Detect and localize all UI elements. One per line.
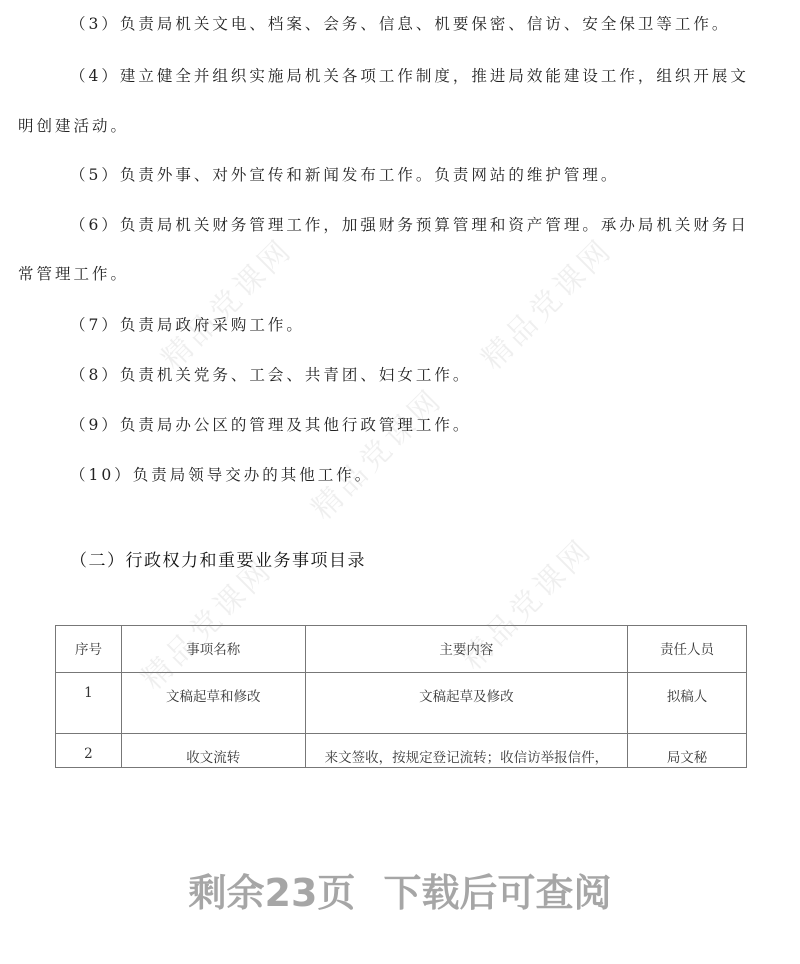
paragraph-7: （7）负责局政府采购工作。 — [70, 315, 305, 335]
paragraph-8: （8）负责机关党务、工会、共青团、妇女工作。 — [70, 365, 471, 385]
table-header-row: 序号 事项名称 主要内容 责任人员 — [56, 626, 747, 673]
table-cell: 拟稿人 — [628, 673, 747, 734]
table-row: 1 文稿起草和修改 文稿起草及修改 拟稿人 — [56, 673, 747, 734]
paragraph-6-line1: （6）负责局机关财务管理工作，加强财务预算管理和资产管理。承办局机关财务日 — [70, 215, 749, 235]
table-cell: 文稿起草及修改 — [305, 673, 628, 734]
watermark: 精品党课网 — [469, 226, 620, 377]
table-cell: 来文签收，按规定登记流转；收信访举报信件， — [305, 734, 628, 768]
watermark: 精品党课网 — [149, 226, 300, 377]
section-title: （二）行政权力和重要业务事项目录 — [70, 546, 366, 571]
matters-table: 序号 事项名称 主要内容 责任人员 1 文稿起草和修改 文稿起草及修改 拟稿人 … — [55, 625, 747, 768]
table-cell: 2 — [56, 734, 122, 768]
paragraph-4-line2: 明创建活动。 — [18, 116, 129, 136]
watermark: 精品党课网 — [299, 376, 450, 527]
paragraph-5: （5）负责外事、对外宣传和新闻发布工作。负责网站的维护管理。 — [70, 165, 619, 185]
download-prompt[interactable]: 剩余23页下载后可查阅 — [0, 862, 800, 917]
header-cell: 责任人员 — [628, 626, 747, 673]
table-cell: 收文流转 — [121, 734, 305, 768]
header-cell: 事项名称 — [121, 626, 305, 673]
paragraph-4-line1: （4）建立健全并组织实施局机关各项工作制度，推进局效能建设工作，组织开展文 — [70, 66, 749, 86]
remaining-pages-text: 剩余23页 — [189, 871, 356, 915]
table-cell: 文稿起草和修改 — [121, 673, 305, 734]
paragraph-3: （3）负责局机关文电、档案、会务、信息、机要保密、信访、安全保卫等工作。 — [70, 14, 730, 34]
table-row: 2 收文流转 来文签收，按规定登记流转；收信访举报信件， 局文秘 — [56, 734, 747, 768]
table-cell: 局文秘 — [628, 734, 747, 768]
paragraph-10: （10）负责局领导交办的其他工作。 — [70, 465, 373, 485]
table-cell: 1 — [56, 673, 122, 734]
header-cell: 主要内容 — [305, 626, 628, 673]
header-cell: 序号 — [56, 626, 122, 673]
download-to-view-text: 下载后可查阅 — [383, 871, 611, 915]
paragraph-6-line2: 常管理工作。 — [18, 264, 129, 284]
paragraph-9: （9）负责局办公区的管理及其他行政管理工作。 — [70, 415, 471, 435]
